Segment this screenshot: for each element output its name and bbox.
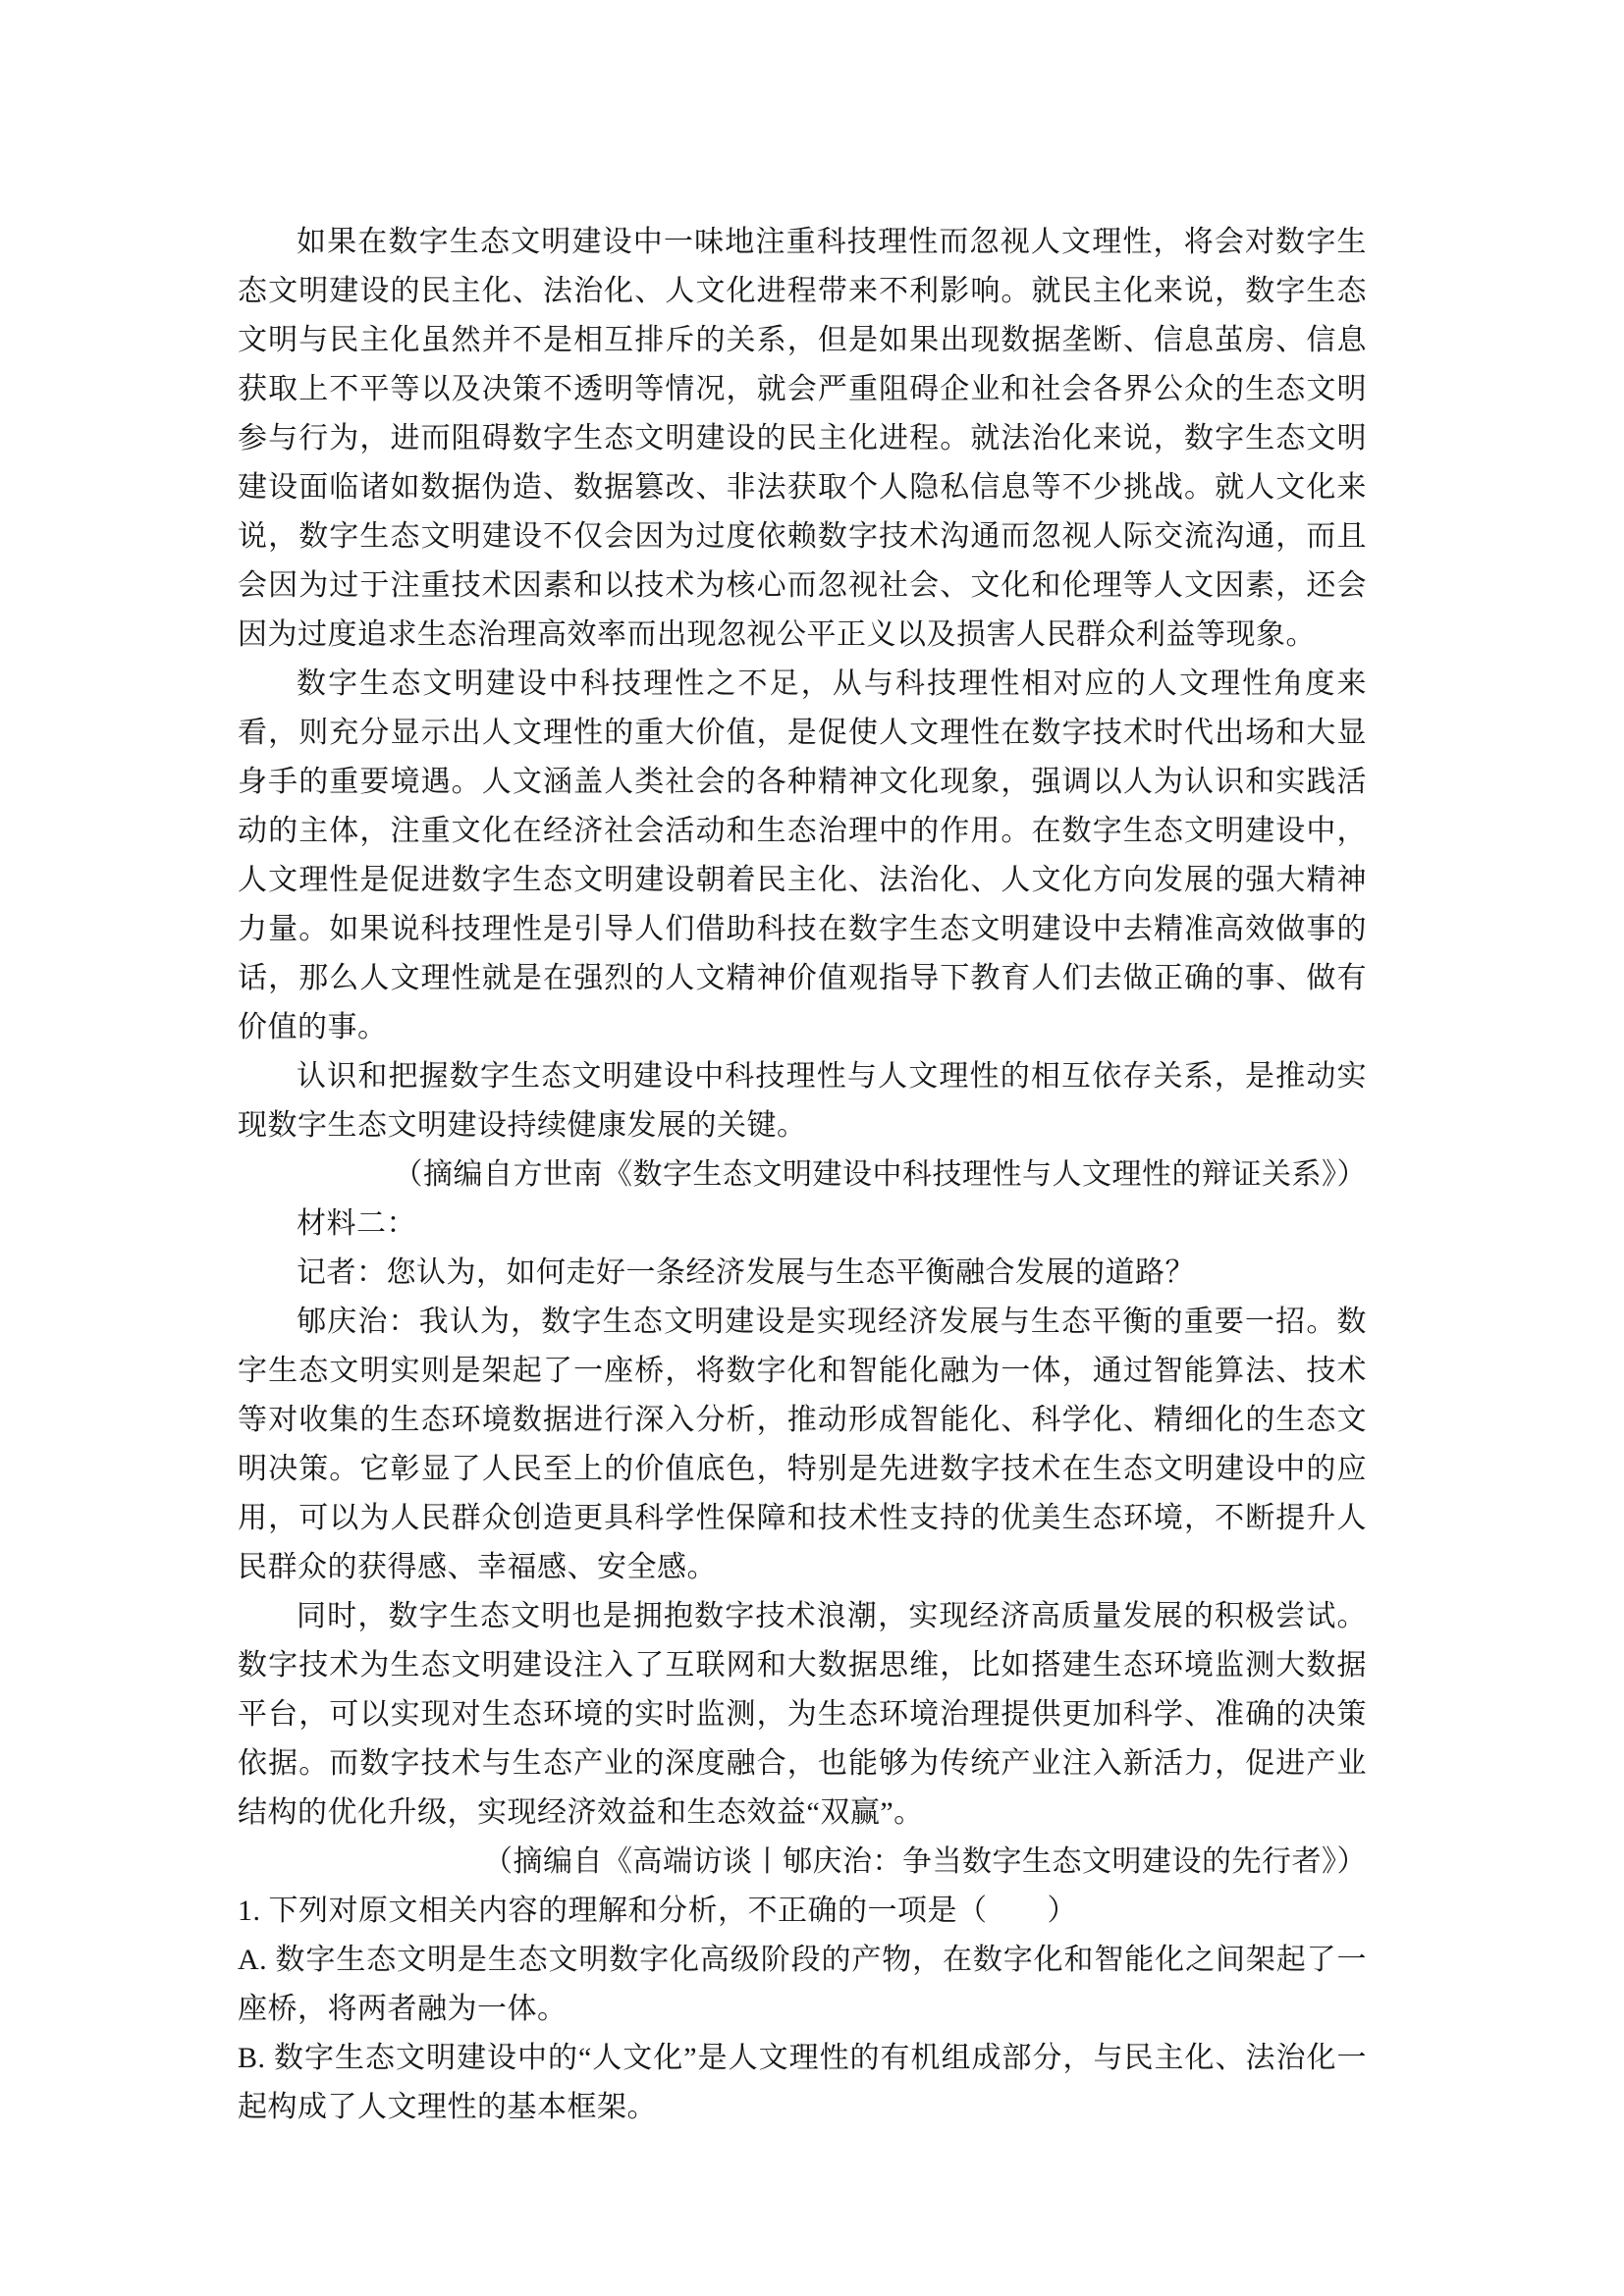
material2-paragraph-answer-1: 郇庆治：我认为，数字生态文明建设是实现经济发展与生态平衡的重要一招。数字生态文明…: [238, 1298, 1367, 1592]
material1-paragraph-3: 认识和把握数字生态文明建设中科技理性与人文理性的相互依存关系，是推动实现数字生态…: [238, 1052, 1367, 1150]
question-1-option-a: A. 数字生态文明是生态文明数字化高级阶段的产物，在数字化和智能化之间架起了一座…: [238, 1936, 1367, 2034]
material1-citation: （摘编自方世南《数字生态文明建设中科技理性与人文理性的辩证关系》）: [238, 1150, 1367, 1200]
question-1-option-b: B. 数字生态文明建设中的“人文化”是人文理性的有机组成部分，与民主化、法治化一…: [238, 2034, 1367, 2132]
material1-paragraph-1: 如果在数字生态文明建设中一味地注重科技理性而忽视人文理性，将会对数字生态文明建设…: [238, 218, 1367, 660]
material2-citation: （摘编自《高端访谈丨郇庆治：争当数字生态文明建设的先行者》）: [238, 1838, 1367, 1887]
material1-paragraph-2: 数字生态文明建设中科技理性之不足，从与科技理性相对应的人文理性角度来看，则充分显…: [238, 660, 1367, 1052]
material2-paragraph-interviewer: 记者：您认为，如何走好一条经济发展与生态平衡融合发展的道路？: [238, 1249, 1367, 1298]
material2-paragraph-answer-2: 同时，数字生态文明也是拥抱数字技术浪潮，实现经济高质量发展的积极尝试。数字技术为…: [238, 1592, 1367, 1838]
document-page: 如果在数字生态文明建设中一味地注重科技理性而忽视人文理性，将会对数字生态文明建设…: [0, 0, 1624, 2296]
text-content: 如果在数字生态文明建设中一味地注重科技理性而忽视人文理性，将会对数字生态文明建设…: [238, 218, 1367, 2132]
question-1-stem: 1. 下列对原文相关内容的理解和分析，不正确的一项是（ ）: [238, 1887, 1367, 1936]
material2-heading: 材料二：: [238, 1200, 1367, 1249]
